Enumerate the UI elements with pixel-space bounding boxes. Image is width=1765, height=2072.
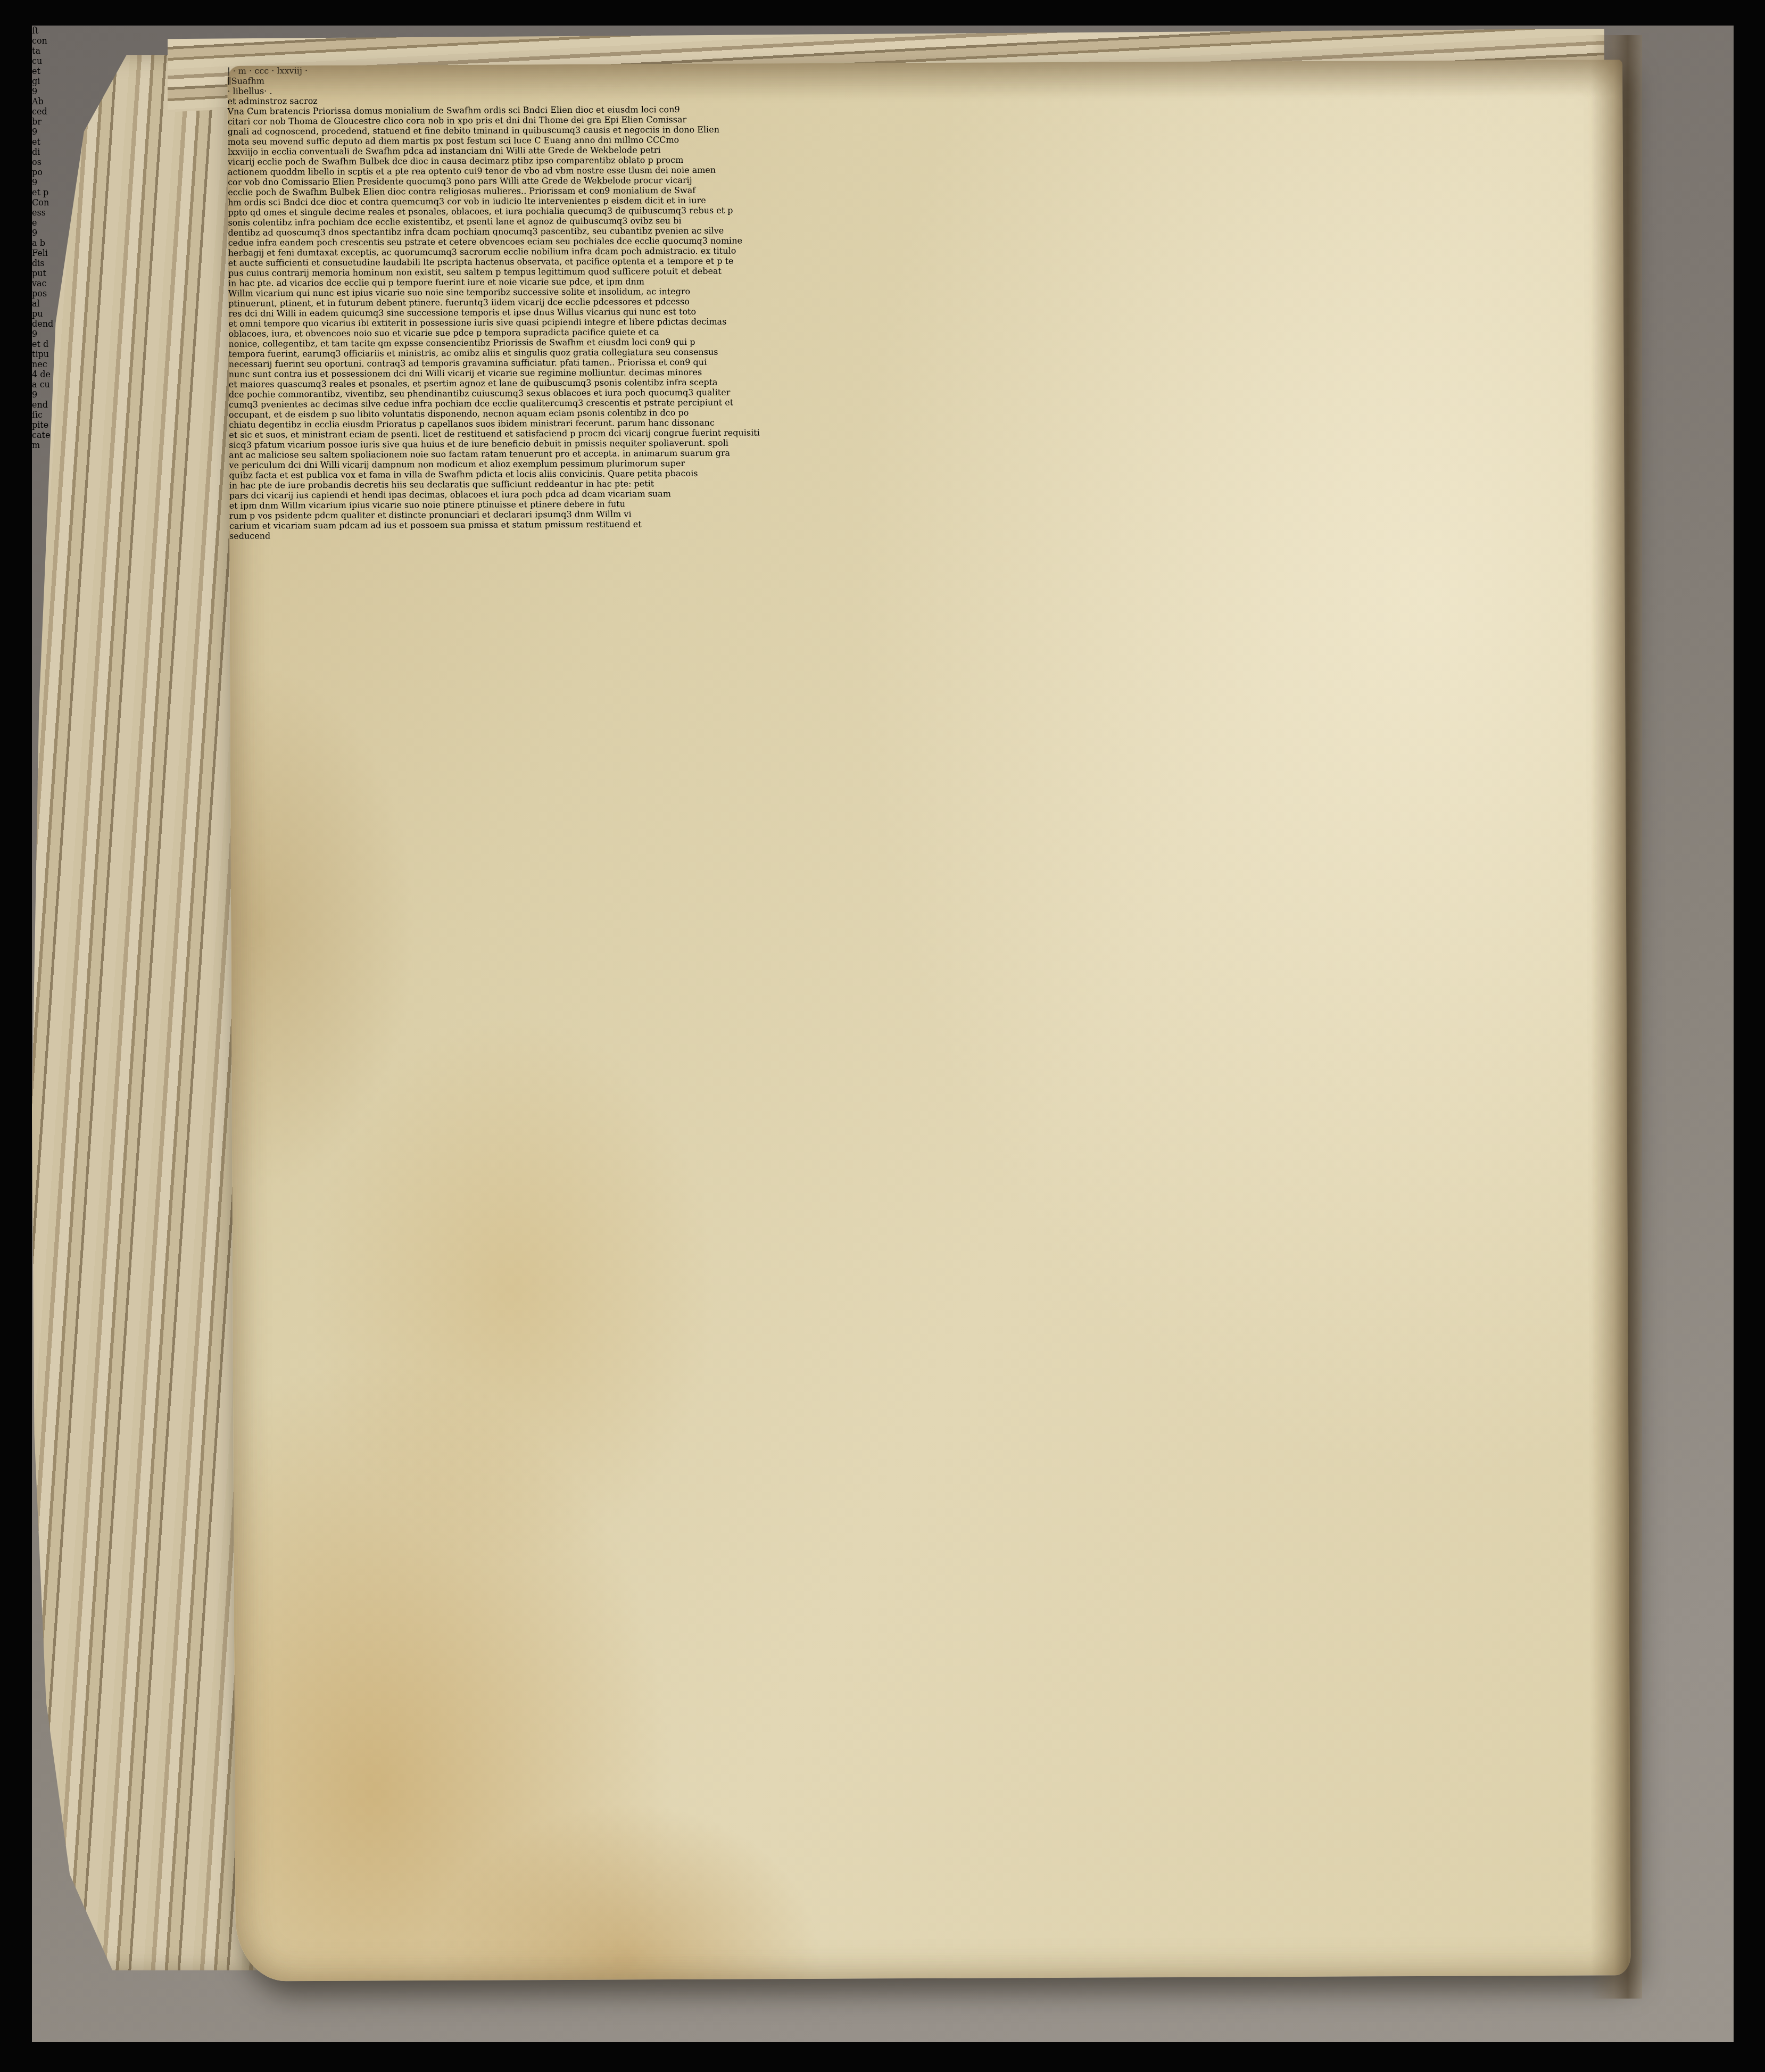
page-top-shading	[227, 60, 1622, 103]
binding-gutter	[1591, 35, 1642, 1999]
manuscript-text-block: Vna Cum bratencis Priorissa domus monial…	[227, 100, 1624, 531]
manuscript-verso-page: | · m · ccc · lxxviij · ∥Suafhm · libell…	[227, 60, 1631, 1981]
gutter-fold-line	[1638, 39, 1639, 1986]
photograph-area: | · m · ccc · lxxviij · ∥Suafhm · libell…	[32, 26, 1734, 2042]
photo-frame: | · m · ccc · lxxviij · ∥Suafhm · libell…	[0, 0, 1765, 2072]
